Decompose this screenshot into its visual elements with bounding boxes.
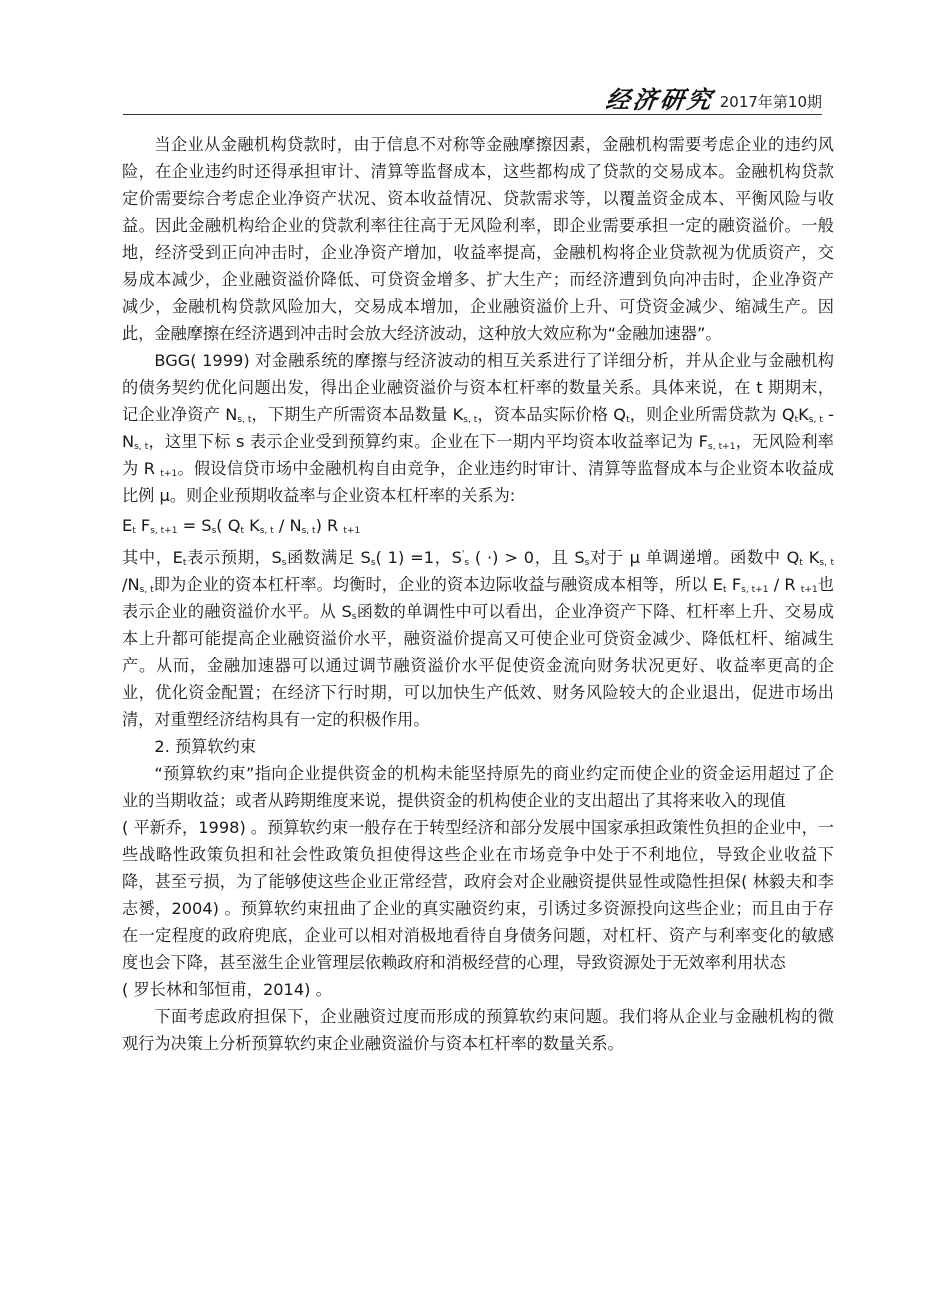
paragraph-soft-budget-definition: “预算软约束”指向企业提供资金的机构未能坚持原先的商业约定而使企业的资金运用超过…: [122, 760, 834, 814]
paragraph-next-section-intro: 下面考虑政府担保下，企业融资过度而形成的预算软约束问题。我们将从企业与金融机构的…: [122, 1003, 834, 1057]
paragraph-soft-budget-context: ( 平新乔，1998) 。预算软约束一般存在于转型经济和部分发展中国家承担政策性…: [122, 814, 834, 976]
article-body: 当企业从金融机构贷款时，由于信息不对称等金融摩擦因素，金融机构需要考虑企业的违约…: [122, 131, 834, 1057]
journal-logo: 经济研究: [604, 86, 716, 114]
paragraph-financial-accelerator: 当企业从金融机构贷款时，由于信息不对称等金融摩擦因素，金融机构需要考虑企业的违约…: [122, 131, 834, 347]
equation-premium-leverage: Et Fs, t+1 = Ss( Qt Ks, t / Ns, t) R t+1: [122, 511, 834, 544]
journal-issue: 2017年第10期: [720, 90, 822, 114]
section-heading-soft-budget: 2. 预算软约束: [122, 733, 834, 760]
paragraph-bgg: BGG( 1999) 对金融系统的摩擦与经济波动的相互关系进行了详细分析，并从企…: [122, 347, 834, 509]
paragraph-citation-luo-zou: ( 罗长林和邹恒甫，2014) 。: [122, 976, 834, 1003]
journal-masthead: 经济研究 2017年第10期: [606, 86, 822, 114]
paragraph-equation-explanation: 其中，Et表示预期，Ss函数满足 Ss( 1) =1，S's ( ·) > 0，…: [122, 544, 834, 733]
page-header: 经济研究 2017年第10期: [123, 84, 822, 115]
